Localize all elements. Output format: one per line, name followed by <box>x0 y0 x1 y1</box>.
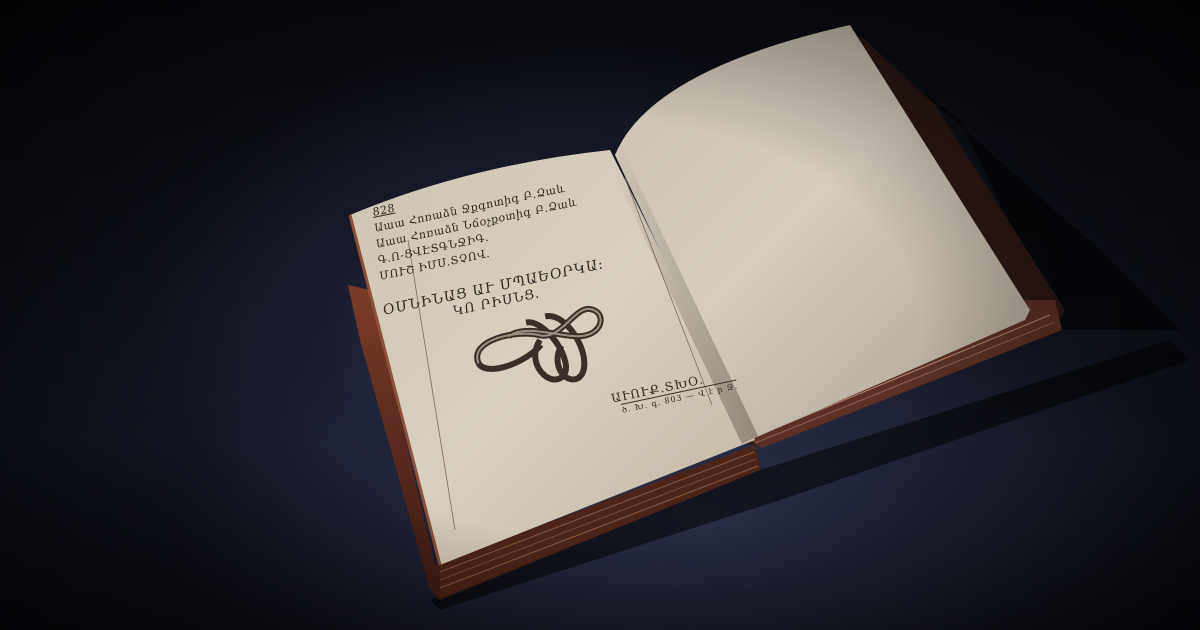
open-book <box>0 0 1200 630</box>
